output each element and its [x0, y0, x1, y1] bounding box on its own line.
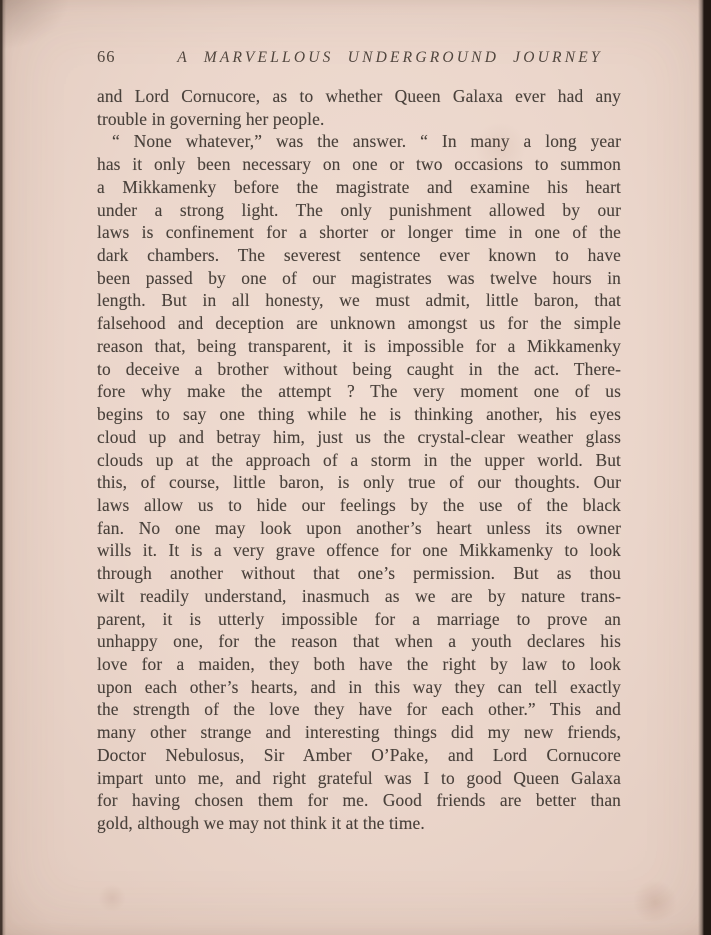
paragraph: and Lord Cornucore, as to whether Queen … — [97, 85, 621, 130]
text-line: impart unto me, and right grateful was I… — [97, 767, 621, 790]
text-line: “ None whatever,” was the answer. “ In m… — [97, 130, 621, 153]
text-line: parent, it is utterly impossible for a m… — [97, 608, 621, 631]
text-line: a Mikkamenky before the magistrate and e… — [97, 176, 621, 199]
text-line: cloud up and betray him, just us the cry… — [97, 426, 621, 449]
scan-edge-left — [0, 0, 6, 935]
text-line: falsehood and deception are unknown amon… — [97, 312, 621, 335]
text-line: unhappy one, for the reason that when a … — [97, 630, 621, 653]
text-line: fore why make the attempt ? The very mom… — [97, 380, 621, 403]
text-line: been passed by one of our magistrates wa… — [97, 267, 621, 290]
running-header: 66 A MARVELLOUS UNDERGROUND JOURNEY — [97, 47, 621, 67]
text-line: the strength of the love they have for e… — [97, 698, 621, 721]
book-page-scan: 66 A MARVELLOUS UNDERGROUND JOURNEY and … — [0, 0, 711, 935]
text-line: wilt readily understand, inasmuch as we … — [97, 585, 621, 608]
text-line: under a strong light. The only punishmen… — [97, 199, 621, 222]
text-line: begins to say one thing while he is thin… — [97, 403, 621, 426]
text-line: reason that, being transparent, it is im… — [97, 335, 621, 358]
text-line: trouble in governing her people. — [97, 108, 621, 131]
text-line: upon each other’s hearts, and in this wa… — [97, 676, 621, 699]
text-line: for having chosen them for me. Good frie… — [97, 789, 621, 812]
scan-edge-right — [698, 0, 711, 935]
text-line: wills it. It is a very grave offence for… — [97, 539, 621, 562]
text-line: many other strange and interesting thing… — [97, 721, 621, 744]
text-line: fan. No one may look upon another’s hear… — [97, 517, 621, 540]
text-line: love for a maiden, they both have the ri… — [97, 653, 621, 676]
text-line: this, of course, little baron, is only t… — [97, 471, 621, 494]
text-line: gold, although we may not think it at th… — [97, 812, 621, 835]
text-line: laws allow us to hide our feelings by th… — [97, 494, 621, 517]
text-line: through another without that one’s permi… — [97, 562, 621, 585]
text-line: dark chambers. The severest sentence eve… — [97, 244, 621, 267]
text-line: laws is confinement for a shorter or lon… — [97, 221, 621, 244]
text-block: and Lord Cornucore, as to whether Queen … — [97, 85, 621, 835]
running-header-title: A MARVELLOUS UNDERGROUND JOURNEY — [169, 49, 621, 67]
text-line: has it only been necessary on one or two… — [97, 153, 621, 176]
text-line: clouds up at the approach of a storm in … — [97, 449, 621, 472]
page-number: 66 — [97, 47, 169, 67]
text-line: and Lord Cornucore, as to whether Queen … — [97, 85, 621, 108]
text-line: to deceive a brother without being caugh… — [97, 358, 621, 381]
text-line: Doctor Nebulosus, Sir Amber O’Pake, and … — [97, 744, 621, 767]
paragraph: “ None whatever,” was the answer. “ In m… — [97, 130, 621, 834]
corner-shade — [0, 0, 70, 50]
text-line: length. But in all honesty, we must admi… — [97, 289, 621, 312]
